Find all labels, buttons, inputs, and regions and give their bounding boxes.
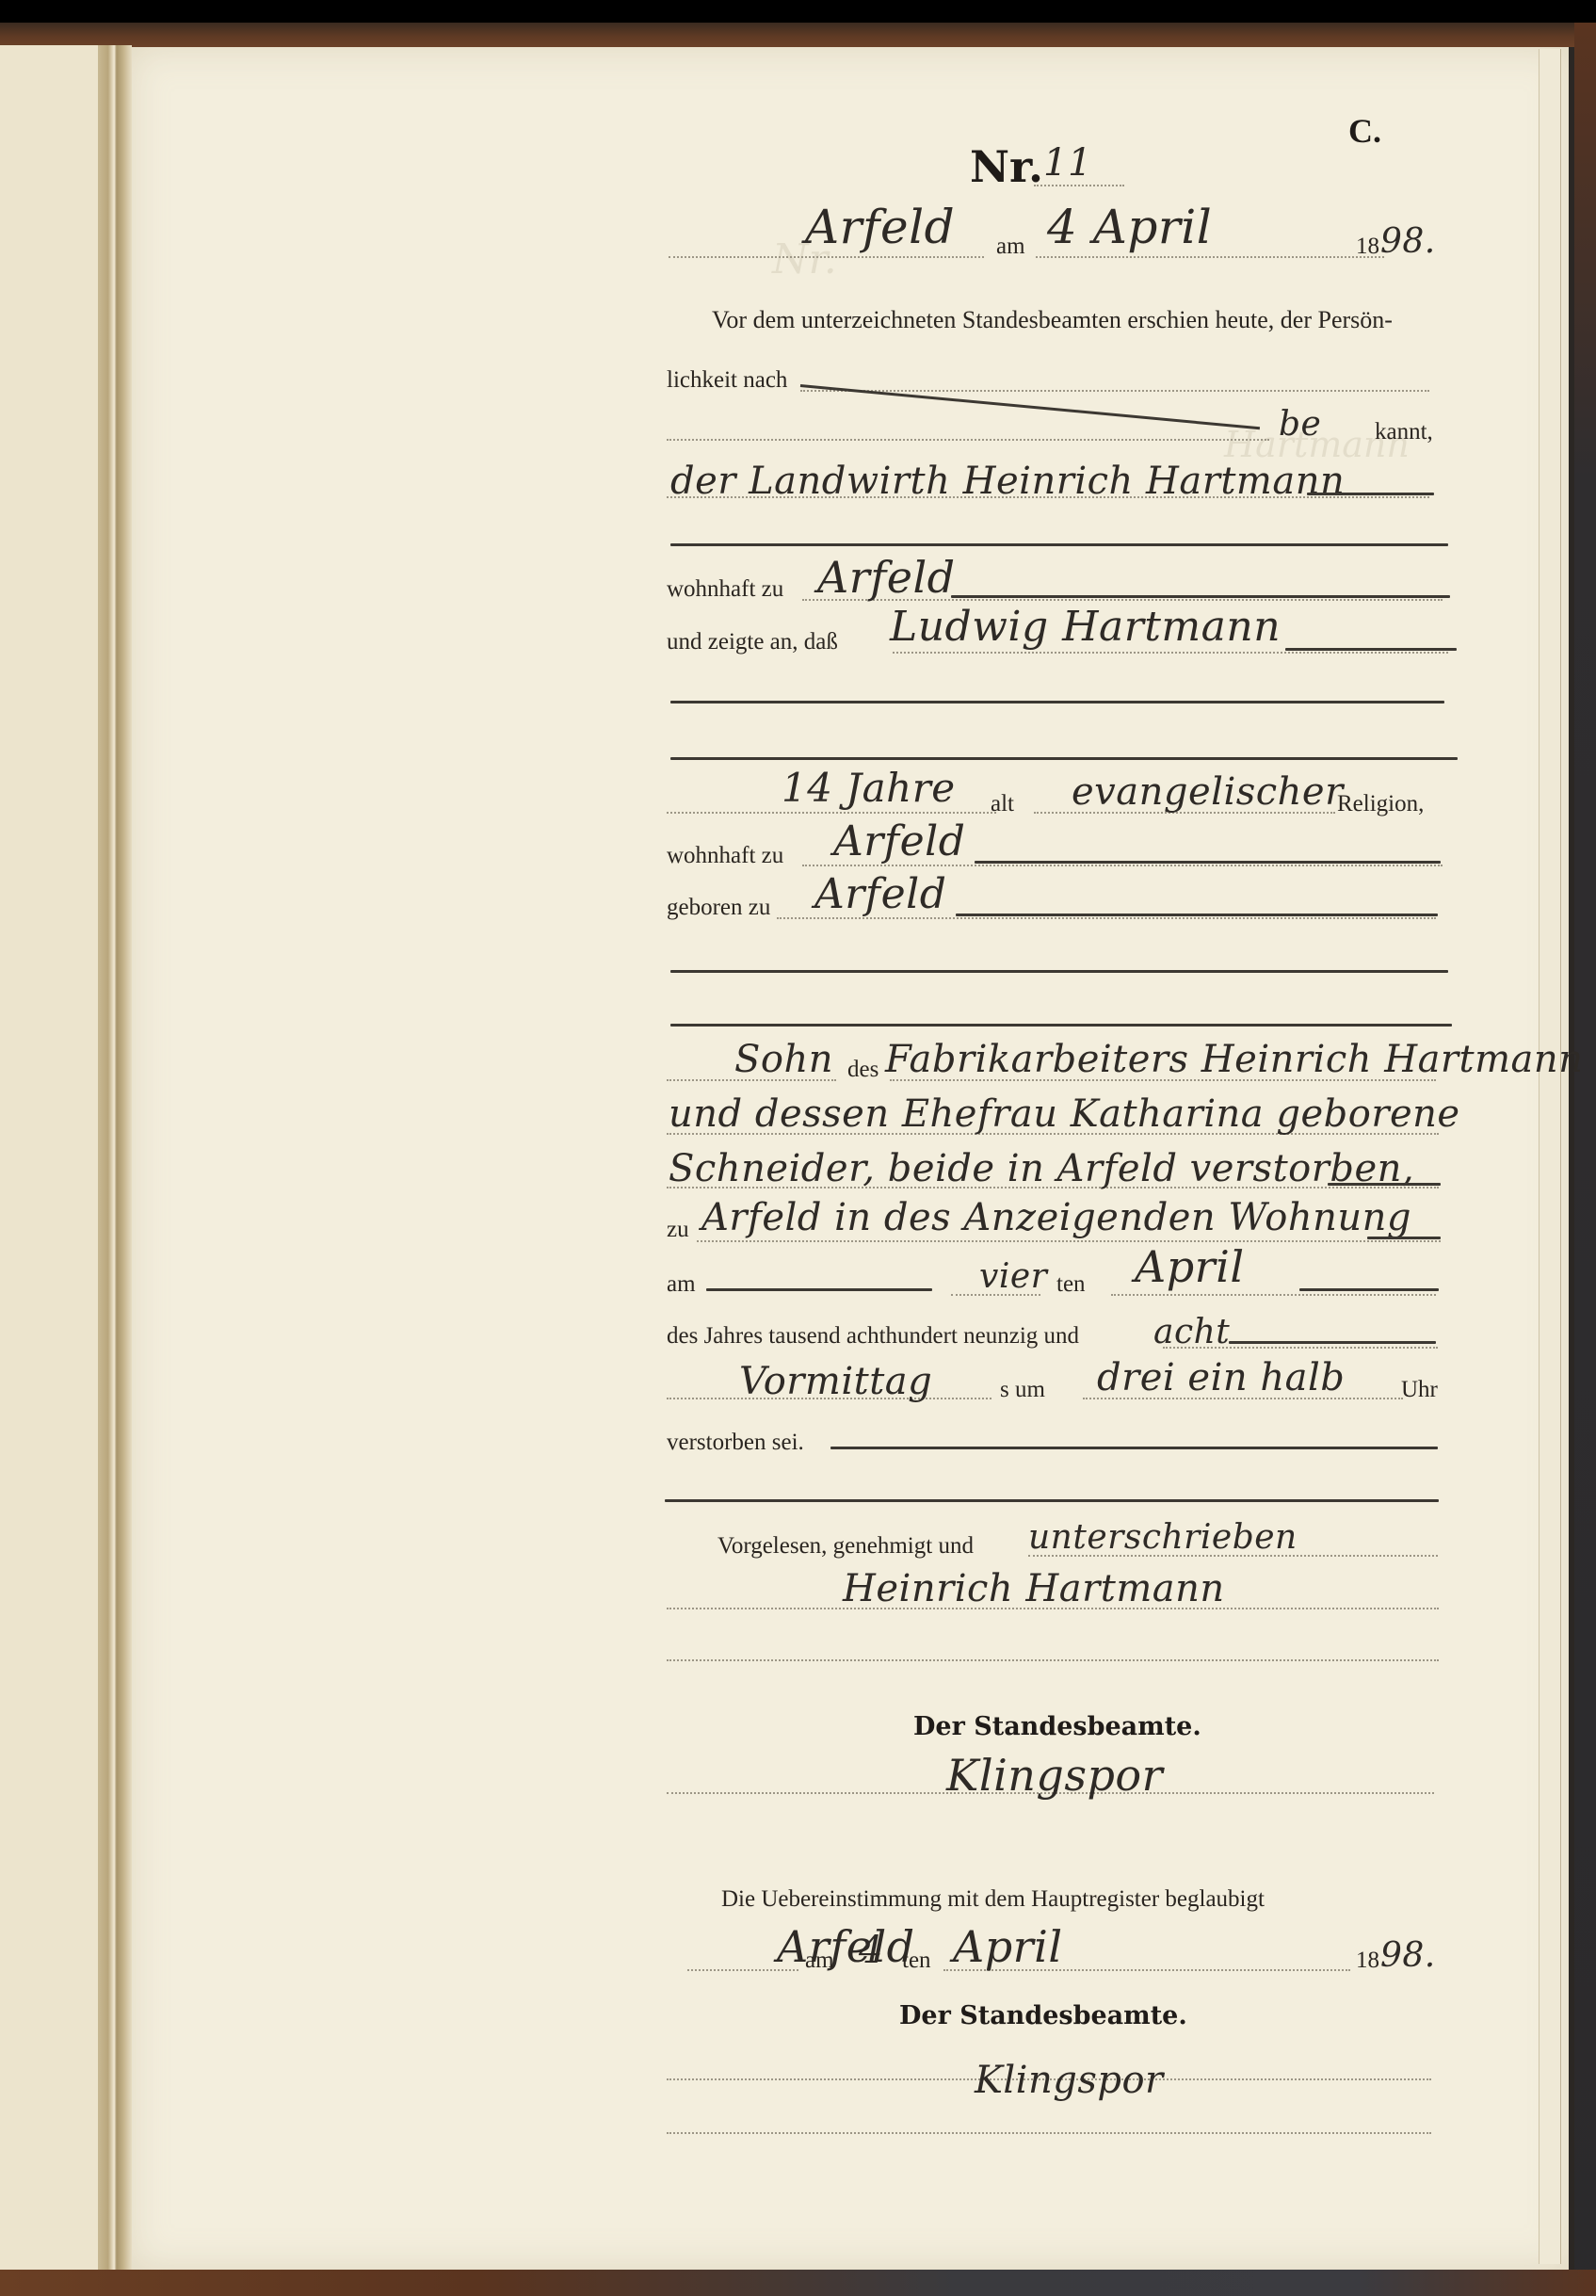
dotted-line xyxy=(1034,185,1124,186)
fill-rule xyxy=(670,1024,1452,1027)
book-gutter xyxy=(98,45,132,2272)
deceased-wohnhaft-value: Arfeld xyxy=(833,817,965,865)
certification-registrar-title: Der Standesbeamte. xyxy=(899,2001,1187,2030)
fill-rule xyxy=(951,595,1450,598)
fill-rule xyxy=(975,861,1441,864)
certification-registrar-signature: Klingspor xyxy=(975,2059,1164,2102)
book-binding-right xyxy=(1574,23,1596,2296)
registrar-signature: Klingspor xyxy=(946,1750,1163,1801)
informant-wohnhaft-value: Arfeld xyxy=(817,552,956,603)
dotted-line xyxy=(1111,1294,1436,1296)
am-label: am xyxy=(996,234,1025,260)
death-year-value: acht xyxy=(1153,1313,1230,1351)
dotted-line xyxy=(800,390,1429,392)
intro-line-1: Vor dem unterzeichneten Standesbeamten e… xyxy=(712,306,1393,334)
religion-value: evangelischer xyxy=(1072,770,1344,814)
registrar-title: Der Standesbeamte. xyxy=(913,1712,1201,1741)
fill-rule xyxy=(1285,648,1457,651)
dotted-line xyxy=(667,812,996,814)
fill-rule xyxy=(1307,493,1434,495)
death-month: April xyxy=(1135,1241,1245,1292)
geboren-label: geboren zu xyxy=(667,895,770,921)
deceased-wohnhaft-label: wohnhaft zu xyxy=(667,843,783,869)
informant-name: der Landwirth Heinrich Hartmann xyxy=(670,460,1345,503)
alt-label: alt xyxy=(991,791,1014,817)
certification-year-suffix: 98. xyxy=(1380,1936,1436,1975)
am-label: am xyxy=(667,1271,696,1298)
fill-rule xyxy=(670,970,1448,973)
fill-rule xyxy=(956,914,1438,916)
informant-wohnhaft-label: wohnhaft zu xyxy=(667,576,783,603)
deceased-name: Ludwig Hartmann xyxy=(890,603,1281,651)
fill-rule xyxy=(670,701,1444,703)
parents-relation: Sohn xyxy=(734,1038,833,1081)
fill-rule xyxy=(1229,1341,1436,1344)
dotted-line xyxy=(697,1240,1441,1242)
fill-rule xyxy=(1328,1183,1441,1186)
certification-text: Die Uebereinstimmung mit dem Hauptregist… xyxy=(721,1886,1265,1913)
mother-description: und dessen Ehefrau Katharina geborene xyxy=(669,1092,1460,1136)
certification-ten-label: ten xyxy=(902,1948,931,1974)
be-value: be xyxy=(1279,405,1321,444)
fill-rule xyxy=(670,543,1448,546)
dotted-line xyxy=(893,652,1448,654)
mother-maiden-name: Schneider, beide in Arfeld verstorben, xyxy=(669,1147,1414,1190)
left-page xyxy=(0,45,111,2272)
certification-day: 4 xyxy=(859,1929,883,1972)
ten-label: ten xyxy=(1056,1271,1086,1298)
record-number-value: 11 xyxy=(1043,141,1092,185)
window-title-bar: /Abt_Ostwestfalen-Lippe/P6/P6-25/~001/P6… xyxy=(0,0,1596,23)
dotted-line xyxy=(669,256,984,258)
fill-rule xyxy=(1299,1288,1439,1291)
death-place: Arfeld in des Anzeigenden Wohnung xyxy=(701,1196,1411,1239)
certification-place: Arfeld xyxy=(777,1921,915,1972)
s-um-label: s um xyxy=(1000,1377,1045,1403)
kannt-label: kannt, xyxy=(1375,419,1433,445)
year-suffix: 98. xyxy=(1380,222,1436,261)
dotted-line xyxy=(667,2132,1431,2134)
zu-label: zu xyxy=(667,1217,689,1243)
daytime-value: Vormittag xyxy=(739,1360,932,1403)
death-day: vier xyxy=(979,1257,1047,1296)
dotted-line xyxy=(667,1659,1439,1661)
book-binding-bottom xyxy=(0,2270,1596,2296)
vorgelesen-value: unterschrieben xyxy=(1028,1518,1298,1557)
certification-month: April xyxy=(953,1921,1063,1972)
vorgelesen-label: Vorgelesen, genehmigt und xyxy=(717,1533,974,1560)
year-prefix: 18 xyxy=(1356,234,1379,260)
verstorben-label: verstorben sei. xyxy=(667,1430,804,1456)
death-time-value: drei ein halb xyxy=(1097,1356,1345,1399)
date-value: 4 April xyxy=(1047,200,1212,254)
jahres-label: des Jahres tausend achthundert neunzig u… xyxy=(667,1323,1079,1350)
zeigte-label: und zeigte an, daß xyxy=(667,629,838,655)
dotted-line xyxy=(1036,256,1384,258)
fill-rule xyxy=(665,1499,1439,1502)
place-value: Arfeld xyxy=(805,200,955,254)
religion-label: Religion, xyxy=(1337,791,1424,817)
page-edge xyxy=(1539,49,1561,2264)
dotted-line xyxy=(667,439,1269,441)
record-number-label: Nr. xyxy=(970,141,1043,192)
intro-line-2-label: lichkeit nach xyxy=(667,367,787,394)
des-label: des xyxy=(847,1057,879,1083)
geboren-value: Arfeld xyxy=(814,870,946,918)
book-binding-top xyxy=(0,23,1596,47)
form-letter: C. xyxy=(1348,111,1381,151)
father-description: Fabrikarbeiters Heinrich Hartmann xyxy=(885,1038,1583,1081)
fill-rule xyxy=(706,1288,932,1291)
certification-am-label: am xyxy=(805,1948,834,1974)
informant-signature: Heinrich Hartmann xyxy=(843,1567,1225,1610)
fill-rule xyxy=(1367,1237,1441,1239)
certification-year-prefix: 18 xyxy=(1356,1948,1379,1974)
fill-rule xyxy=(830,1447,1438,1449)
fill-rule xyxy=(670,757,1458,760)
age-value: 14 Jahre xyxy=(782,765,956,811)
uhr-label: Uhr xyxy=(1401,1377,1438,1403)
